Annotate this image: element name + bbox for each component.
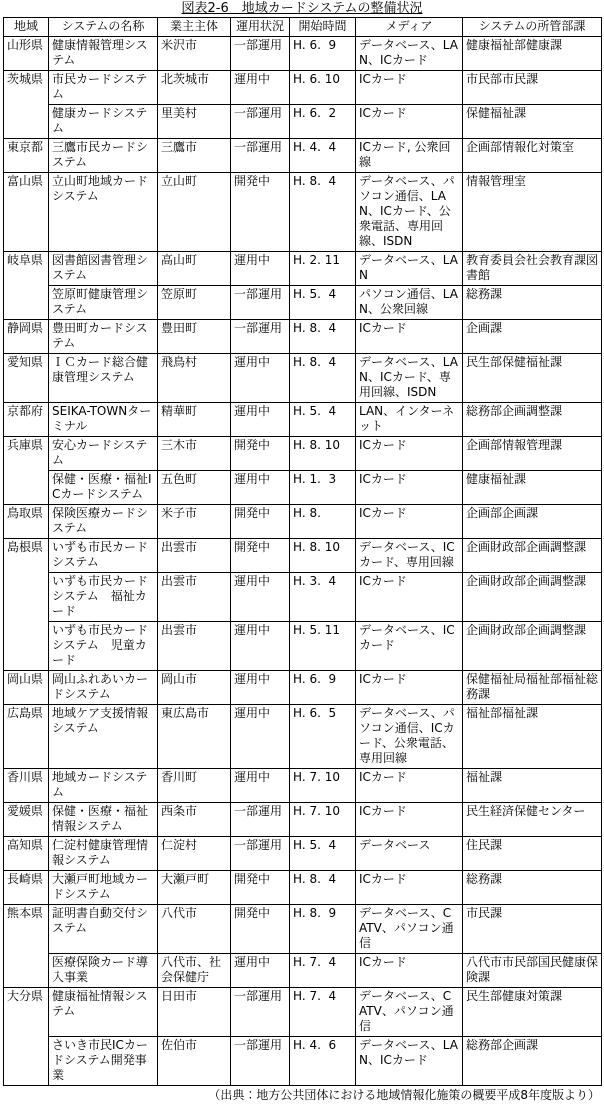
media-cell: データベース、パソコン通信、ICカード、公衆電話、専用回線 bbox=[356, 705, 463, 769]
document-page: 図表2-6 地域カードシステムの整備状況 地域システムの名称業主主体運用状況開始… bbox=[0, 0, 604, 1103]
operator-cell: 三木市 bbox=[158, 437, 231, 471]
media-cell: データベース、CATV、パソコン通信 bbox=[356, 905, 463, 954]
status-cell: 運用中 bbox=[231, 769, 290, 803]
media-cell: データベース、LAN、ICカード bbox=[356, 1037, 463, 1086]
system-name-cell: いずも市民カードシステム bbox=[49, 539, 158, 573]
region-cell: 京都府 bbox=[4, 403, 49, 437]
system-name-cell: さいき市民ICカードシステム開発事業 bbox=[49, 1037, 158, 1086]
region-cell: 熊本県 bbox=[4, 905, 49, 988]
start-date-cell: H. 5. 4 bbox=[290, 286, 356, 320]
source-note: （出典：地方公共団体における地域情報化施策の概要平成8年度版より） bbox=[0, 1088, 600, 1103]
system-name-cell: 笠原町健康管理システム bbox=[49, 286, 158, 320]
department-cell: 福祉課 bbox=[463, 769, 602, 803]
status-cell: 運用中 bbox=[231, 71, 290, 105]
start-date-cell: H. 8. 4 bbox=[290, 320, 356, 354]
region-cell: 鳥取県 bbox=[4, 505, 49, 539]
region-cell: 兵庫県 bbox=[4, 437, 49, 505]
table-row: 兵庫県安心カードシステム三木市開発中H. 8. 10ICカード企画部情報管理課 bbox=[4, 437, 602, 471]
table-row: 高知県仁淀村健康管理情報システム仁淀村一部運用H. 5. 4データベース住民課 bbox=[4, 837, 602, 871]
department-cell: 総務課 bbox=[463, 871, 602, 905]
media-cell: ICカード bbox=[356, 437, 463, 471]
department-cell: 保健福祉課 bbox=[463, 105, 602, 139]
operator-cell: 精華町 bbox=[158, 403, 231, 437]
system-name-cell: 保険医療カードシステム bbox=[49, 505, 158, 539]
table-row: 愛知県ＩＣカード総合健康管理システム飛鳥村運用中H. 8. 4データベース、LA… bbox=[4, 354, 602, 403]
media-cell: ICカード bbox=[356, 71, 463, 105]
media-cell: データベース、LAN bbox=[356, 252, 463, 286]
operator-cell: 東広島市 bbox=[158, 705, 231, 769]
system-name-cell: 三鷹市民カードシステム bbox=[49, 139, 158, 173]
department-cell: 企画財政部企画調整課 bbox=[463, 573, 602, 622]
start-date-cell: H. 3. 4 bbox=[290, 573, 356, 622]
operator-cell: 三鷹市 bbox=[158, 139, 231, 173]
status-cell: 開発中 bbox=[231, 173, 290, 252]
department-cell: 保健福祉局福祉部福祉総務課 bbox=[463, 671, 602, 705]
table-row: 鳥取県保険医療カードシステム米子市開発中H. 8.ICカード企画部企画課 bbox=[4, 505, 602, 539]
department-cell: 市民課 bbox=[463, 905, 602, 954]
operator-cell: 北茨城市 bbox=[158, 71, 231, 105]
column-header-0: 地域 bbox=[4, 18, 49, 37]
start-date-cell: H. 6. 9 bbox=[290, 37, 356, 71]
media-cell: ICカード bbox=[356, 803, 463, 837]
start-date-cell: H. 4. 6 bbox=[290, 1037, 356, 1086]
system-name-cell: 保健・医療・福祉ICカードシステム bbox=[49, 471, 158, 505]
status-cell: 運用中 bbox=[231, 954, 290, 988]
table-row: 広島県地域ケア支援情報システム東広島市運用中H. 6. 5データベース、パソコン… bbox=[4, 705, 602, 769]
regional-card-systems-table: 地域システムの名称業主主体運用状況開始時間メディアシステムの所管部課 山形県健康… bbox=[3, 17, 602, 1086]
start-date-cell: H. 6. 5 bbox=[290, 705, 356, 769]
status-cell: 運用中 bbox=[231, 573, 290, 622]
media-cell: LAN、インターネット bbox=[356, 403, 463, 437]
media-cell: データベース、ICカード、専用回線 bbox=[356, 539, 463, 573]
start-date-cell: H. 6. 2 bbox=[290, 105, 356, 139]
department-cell: 住民課 bbox=[463, 837, 602, 871]
column-header-4: 開始時間 bbox=[290, 18, 356, 37]
table-row: いずも市民カードシステム 児童カード出雲市運用中H. 5. 11データベース、I… bbox=[4, 622, 602, 671]
department-cell: 企画課 bbox=[463, 320, 602, 354]
status-cell: 運用中 bbox=[231, 471, 290, 505]
table-body: 山形県健康情報管理システム米沢市一部運用H. 6. 9データベース、LAN、IC… bbox=[4, 37, 602, 1086]
system-name-cell: 立山町地域カードシステム bbox=[49, 173, 158, 252]
table-row: 岐阜県図書館図書管理システム高山町運用中H. 2. 11データベース、LAN教育… bbox=[4, 252, 602, 286]
status-cell: 一部運用 bbox=[231, 1037, 290, 1086]
department-cell: 企画部情報管理課 bbox=[463, 437, 602, 471]
start-date-cell: H. 5. 4 bbox=[290, 403, 356, 437]
status-cell: 運用中 bbox=[231, 252, 290, 286]
system-name-cell: 健康カードシステム bbox=[49, 105, 158, 139]
system-name-cell: 地域ケア支援情報システム bbox=[49, 705, 158, 769]
start-date-cell: H. 5. 11 bbox=[290, 622, 356, 671]
system-name-cell: 安心カードシステム bbox=[49, 437, 158, 471]
system-name-cell: ＩＣカード総合健康管理システム bbox=[49, 354, 158, 403]
department-cell: 総務部企画課 bbox=[463, 1037, 602, 1086]
status-cell: 一部運用 bbox=[231, 105, 290, 139]
operator-cell: 仁淀村 bbox=[158, 837, 231, 871]
column-header-1: システムの名称 bbox=[49, 18, 158, 37]
start-date-cell: H. 7. 4 bbox=[290, 954, 356, 988]
operator-cell: 香川町 bbox=[158, 769, 231, 803]
status-cell: 運用中 bbox=[231, 403, 290, 437]
status-cell: 一部運用 bbox=[231, 139, 290, 173]
table-row: 島根県いずも市民カードシステム出雲市開発中H. 8. 10データベース、ICカー… bbox=[4, 539, 602, 573]
status-cell: 一部運用 bbox=[231, 286, 290, 320]
status-cell: 一部運用 bbox=[231, 37, 290, 71]
start-date-cell: H. 5. 4 bbox=[290, 837, 356, 871]
department-cell: 民生部保健福祉課 bbox=[463, 354, 602, 403]
operator-cell: 大瀬戸町 bbox=[158, 871, 231, 905]
operator-cell: 佐伯市 bbox=[158, 1037, 231, 1086]
region-cell: 香川県 bbox=[4, 769, 49, 803]
start-date-cell: H. 8. bbox=[290, 505, 356, 539]
start-date-cell: H. 8. 4 bbox=[290, 173, 356, 252]
start-date-cell: H. 6. 10 bbox=[290, 71, 356, 105]
start-date-cell: H. 8. 4 bbox=[290, 354, 356, 403]
media-cell: ICカード bbox=[356, 671, 463, 705]
department-cell: 福祉部福祉課 bbox=[463, 705, 602, 769]
header-row: 地域システムの名称業主主体運用状況開始時間メディアシステムの所管部課 bbox=[4, 18, 602, 37]
region-cell: 茨城県 bbox=[4, 71, 49, 139]
department-cell: 企画財政部企画調整課 bbox=[463, 539, 602, 573]
system-name-cell: 大瀬戸町地域カードシステム bbox=[49, 871, 158, 905]
start-date-cell: H. 8. 10 bbox=[290, 437, 356, 471]
operator-cell: 出雲市 bbox=[158, 622, 231, 671]
system-name-cell: 仁淀村健康管理情報システム bbox=[49, 837, 158, 871]
region-cell: 岡山県 bbox=[4, 671, 49, 705]
region-cell: 大分県 bbox=[4, 988, 49, 1086]
status-cell: 運用中 bbox=[231, 705, 290, 769]
operator-cell: 五色町 bbox=[158, 471, 231, 505]
system-name-cell: いずも市民カードシステム 児童カード bbox=[49, 622, 158, 671]
system-name-cell: 医療保険カード導入事業 bbox=[49, 954, 158, 988]
system-name-cell: SEIKA-TOWNターミナル bbox=[49, 403, 158, 437]
operator-cell: 高山町 bbox=[158, 252, 231, 286]
region-cell: 山形県 bbox=[4, 37, 49, 71]
region-cell: 高知県 bbox=[4, 837, 49, 871]
status-cell: 運用中 bbox=[231, 671, 290, 705]
system-name-cell: 証明書自動交付システム bbox=[49, 905, 158, 954]
department-cell: 健康福祉課 bbox=[463, 471, 602, 505]
media-cell: データベース、LAN、ICカード、専用回線、ISDN bbox=[356, 354, 463, 403]
status-cell: 開発中 bbox=[231, 905, 290, 954]
start-date-cell: H. 7. 4 bbox=[290, 988, 356, 1037]
region-cell: 東京都 bbox=[4, 139, 49, 173]
start-date-cell: H. 2. 11 bbox=[290, 252, 356, 286]
table-row: 笠原町健康管理システム笠原町一部運用H. 5. 4パソコン通信、LAN、公衆回線… bbox=[4, 286, 602, 320]
region-cell: 長崎県 bbox=[4, 871, 49, 905]
system-name-cell: 健康情報管理システム bbox=[49, 37, 158, 71]
department-cell: 情報管理室 bbox=[463, 173, 602, 252]
media-cell: ICカード bbox=[356, 471, 463, 505]
media-cell: データベース、LAN、ICカード bbox=[356, 37, 463, 71]
status-cell: 一部運用 bbox=[231, 988, 290, 1037]
media-cell: ICカード bbox=[356, 769, 463, 803]
operator-cell: 米子市 bbox=[158, 505, 231, 539]
region-cell: 広島県 bbox=[4, 705, 49, 769]
department-cell: 健康福祉部健康課 bbox=[463, 37, 602, 71]
table-row: 香川県地域カードシステム香川町運用中H. 7. 10ICカード福祉課 bbox=[4, 769, 602, 803]
table-row: 長崎県大瀬戸町地域カードシステム大瀬戸町開発中H. 8. 4ICカード総務課 bbox=[4, 871, 602, 905]
system-name-cell: 豊田町カードシステム bbox=[49, 320, 158, 354]
system-name-cell: 健康福祉情報システム bbox=[49, 988, 158, 1037]
table-row: さいき市民ICカードシステム開発事業佐伯市一部運用H. 4. 6データベース、L… bbox=[4, 1037, 602, 1086]
media-cell: ICカード, 公衆回線 bbox=[356, 139, 463, 173]
operator-cell: 笠原町 bbox=[158, 286, 231, 320]
operator-cell: 西条市 bbox=[158, 803, 231, 837]
column-header-3: 運用状況 bbox=[231, 18, 290, 37]
table-row: 岡山県岡山ふれあいカードシステム岡山市運用中H. 6. 9ICカード保健福祉局福… bbox=[4, 671, 602, 705]
start-date-cell: H. 6. 9 bbox=[290, 671, 356, 705]
start-date-cell: H. 8. 4 bbox=[290, 871, 356, 905]
system-name-cell: 保健・医療・福祉情報システム bbox=[49, 803, 158, 837]
operator-cell: 出雲市 bbox=[158, 573, 231, 622]
department-cell: 企画部情報化対策室 bbox=[463, 139, 602, 173]
department-cell: 総務課 bbox=[463, 286, 602, 320]
table-row: 静岡県豊田町カードシステム豊田町一部運用H. 8. 4ICカード企画課 bbox=[4, 320, 602, 354]
department-cell: 企画財政部企画調整課 bbox=[463, 622, 602, 671]
status-cell: 開発中 bbox=[231, 505, 290, 539]
department-cell: 教育委員会社会教育課図書館 bbox=[463, 252, 602, 286]
figure-title: 図表2-6 地域カードシステムの整備状況 bbox=[0, 1, 604, 16]
table-row: 熊本県証明書自動交付システム八代市開発中H. 8. 9データベース、CATV、パ… bbox=[4, 905, 602, 954]
status-cell: 運用中 bbox=[231, 622, 290, 671]
table-row: 京都府SEIKA-TOWNターミナル精華町運用中H. 5. 4LAN、インターネ… bbox=[4, 403, 602, 437]
operator-cell: 八代市、社会保健庁 bbox=[158, 954, 231, 988]
table-row: 医療保険カード導入事業八代市、社会保健庁運用中H. 7. 4ICカード八代市市民… bbox=[4, 954, 602, 988]
media-cell: データベース、CATV、パソコン通信 bbox=[356, 988, 463, 1037]
status-cell: 開発中 bbox=[231, 539, 290, 573]
table-row: 健康カードシステム里美村一部運用H. 6. 2ICカード保健福祉課 bbox=[4, 105, 602, 139]
department-cell: 民生部健康対策課 bbox=[463, 988, 602, 1037]
media-cell: パソコン通信、LAN、公衆回線 bbox=[356, 286, 463, 320]
table-row: 富山県立山町地域カードシステム立山町開発中H. 8. 4データベース、パソコン通… bbox=[4, 173, 602, 252]
department-cell: 市民部市民課 bbox=[463, 71, 602, 105]
region-cell: 愛媛県 bbox=[4, 803, 49, 837]
operator-cell: 豊田町 bbox=[158, 320, 231, 354]
department-cell: 民生経済保健センター bbox=[463, 803, 602, 837]
column-header-2: 業主主体 bbox=[158, 18, 231, 37]
department-cell: 八代市市民部国民健康保険課 bbox=[463, 954, 602, 988]
start-date-cell: H. 8. 10 bbox=[290, 539, 356, 573]
table-row: 山形県健康情報管理システム米沢市一部運用H. 6. 9データベース、LAN、IC… bbox=[4, 37, 602, 71]
column-header-6: システムの所管部課 bbox=[463, 18, 602, 37]
start-date-cell: H. 7. 10 bbox=[290, 769, 356, 803]
system-name-cell: 市民カードシステム bbox=[49, 71, 158, 105]
table-row: 大分県健康福祉情報システム日田市一部運用H. 7. 4データベース、CATV、パ… bbox=[4, 988, 602, 1037]
system-name-cell: 岡山ふれあいカードシステム bbox=[49, 671, 158, 705]
operator-cell: 立山町 bbox=[158, 173, 231, 252]
media-cell: データベース、パソコン通信、LAN、ICカード、公衆電話、専用回線、ISDN bbox=[356, 173, 463, 252]
media-cell: ICカード bbox=[356, 954, 463, 988]
table-row: 愛媛県保健・医療・福祉情報システム西条市一部運用H. 7. 10ICカード民生経… bbox=[4, 803, 602, 837]
table-row: 東京都三鷹市民カードシステム三鷹市一部運用H. 4. 4ICカード, 公衆回線企… bbox=[4, 139, 602, 173]
system-name-cell: いずも市民カードシステム 福祉カード bbox=[49, 573, 158, 622]
media-cell: データベース、ICカード bbox=[356, 622, 463, 671]
operator-cell: 飛鳥村 bbox=[158, 354, 231, 403]
media-cell: データベース bbox=[356, 837, 463, 871]
media-cell: ICカード bbox=[356, 871, 463, 905]
region-cell: 島根県 bbox=[4, 539, 49, 671]
table-row: 茨城県市民カードシステム北茨城市運用中H. 6. 10ICカード市民部市民課 bbox=[4, 71, 602, 105]
system-name-cell: 地域カードシステム bbox=[49, 769, 158, 803]
start-date-cell: H. 1. 3 bbox=[290, 471, 356, 505]
operator-cell: 米沢市 bbox=[158, 37, 231, 71]
status-cell: 一部運用 bbox=[231, 837, 290, 871]
status-cell: 開発中 bbox=[231, 871, 290, 905]
operator-cell: 日田市 bbox=[158, 988, 231, 1037]
start-date-cell: H. 4. 4 bbox=[290, 139, 356, 173]
operator-cell: 八代市 bbox=[158, 905, 231, 954]
operator-cell: 里美村 bbox=[158, 105, 231, 139]
operator-cell: 出雲市 bbox=[158, 539, 231, 573]
region-cell: 岐阜県 bbox=[4, 252, 49, 320]
start-date-cell: H. 8. 9 bbox=[290, 905, 356, 954]
media-cell: ICカード bbox=[356, 505, 463, 539]
status-cell: 一部運用 bbox=[231, 803, 290, 837]
region-cell: 静岡県 bbox=[4, 320, 49, 354]
start-date-cell: H. 7. 10 bbox=[290, 803, 356, 837]
system-name-cell: 図書館図書管理システム bbox=[49, 252, 158, 286]
status-cell: 運用中 bbox=[231, 354, 290, 403]
media-cell: ICカード bbox=[356, 105, 463, 139]
status-cell: 一部運用 bbox=[231, 320, 290, 354]
table-row: いずも市民カードシステム 福祉カード出雲市運用中H. 3. 4ICカード企画財政… bbox=[4, 573, 602, 622]
table-row: 保健・医療・福祉ICカードシステム五色町運用中H. 1. 3ICカード健康福祉課 bbox=[4, 471, 602, 505]
column-header-5: メディア bbox=[356, 18, 463, 37]
table-header: 地域システムの名称業主主体運用状況開始時間メディアシステムの所管部課 bbox=[4, 18, 602, 37]
department-cell: 総務部企画調整課 bbox=[463, 403, 602, 437]
operator-cell: 岡山市 bbox=[158, 671, 231, 705]
department-cell: 企画部企画課 bbox=[463, 505, 602, 539]
media-cell: ICカード bbox=[356, 573, 463, 622]
region-cell: 富山県 bbox=[4, 173, 49, 252]
media-cell: ICカード bbox=[356, 320, 463, 354]
region-cell: 愛知県 bbox=[4, 354, 49, 403]
status-cell: 開発中 bbox=[231, 437, 290, 471]
